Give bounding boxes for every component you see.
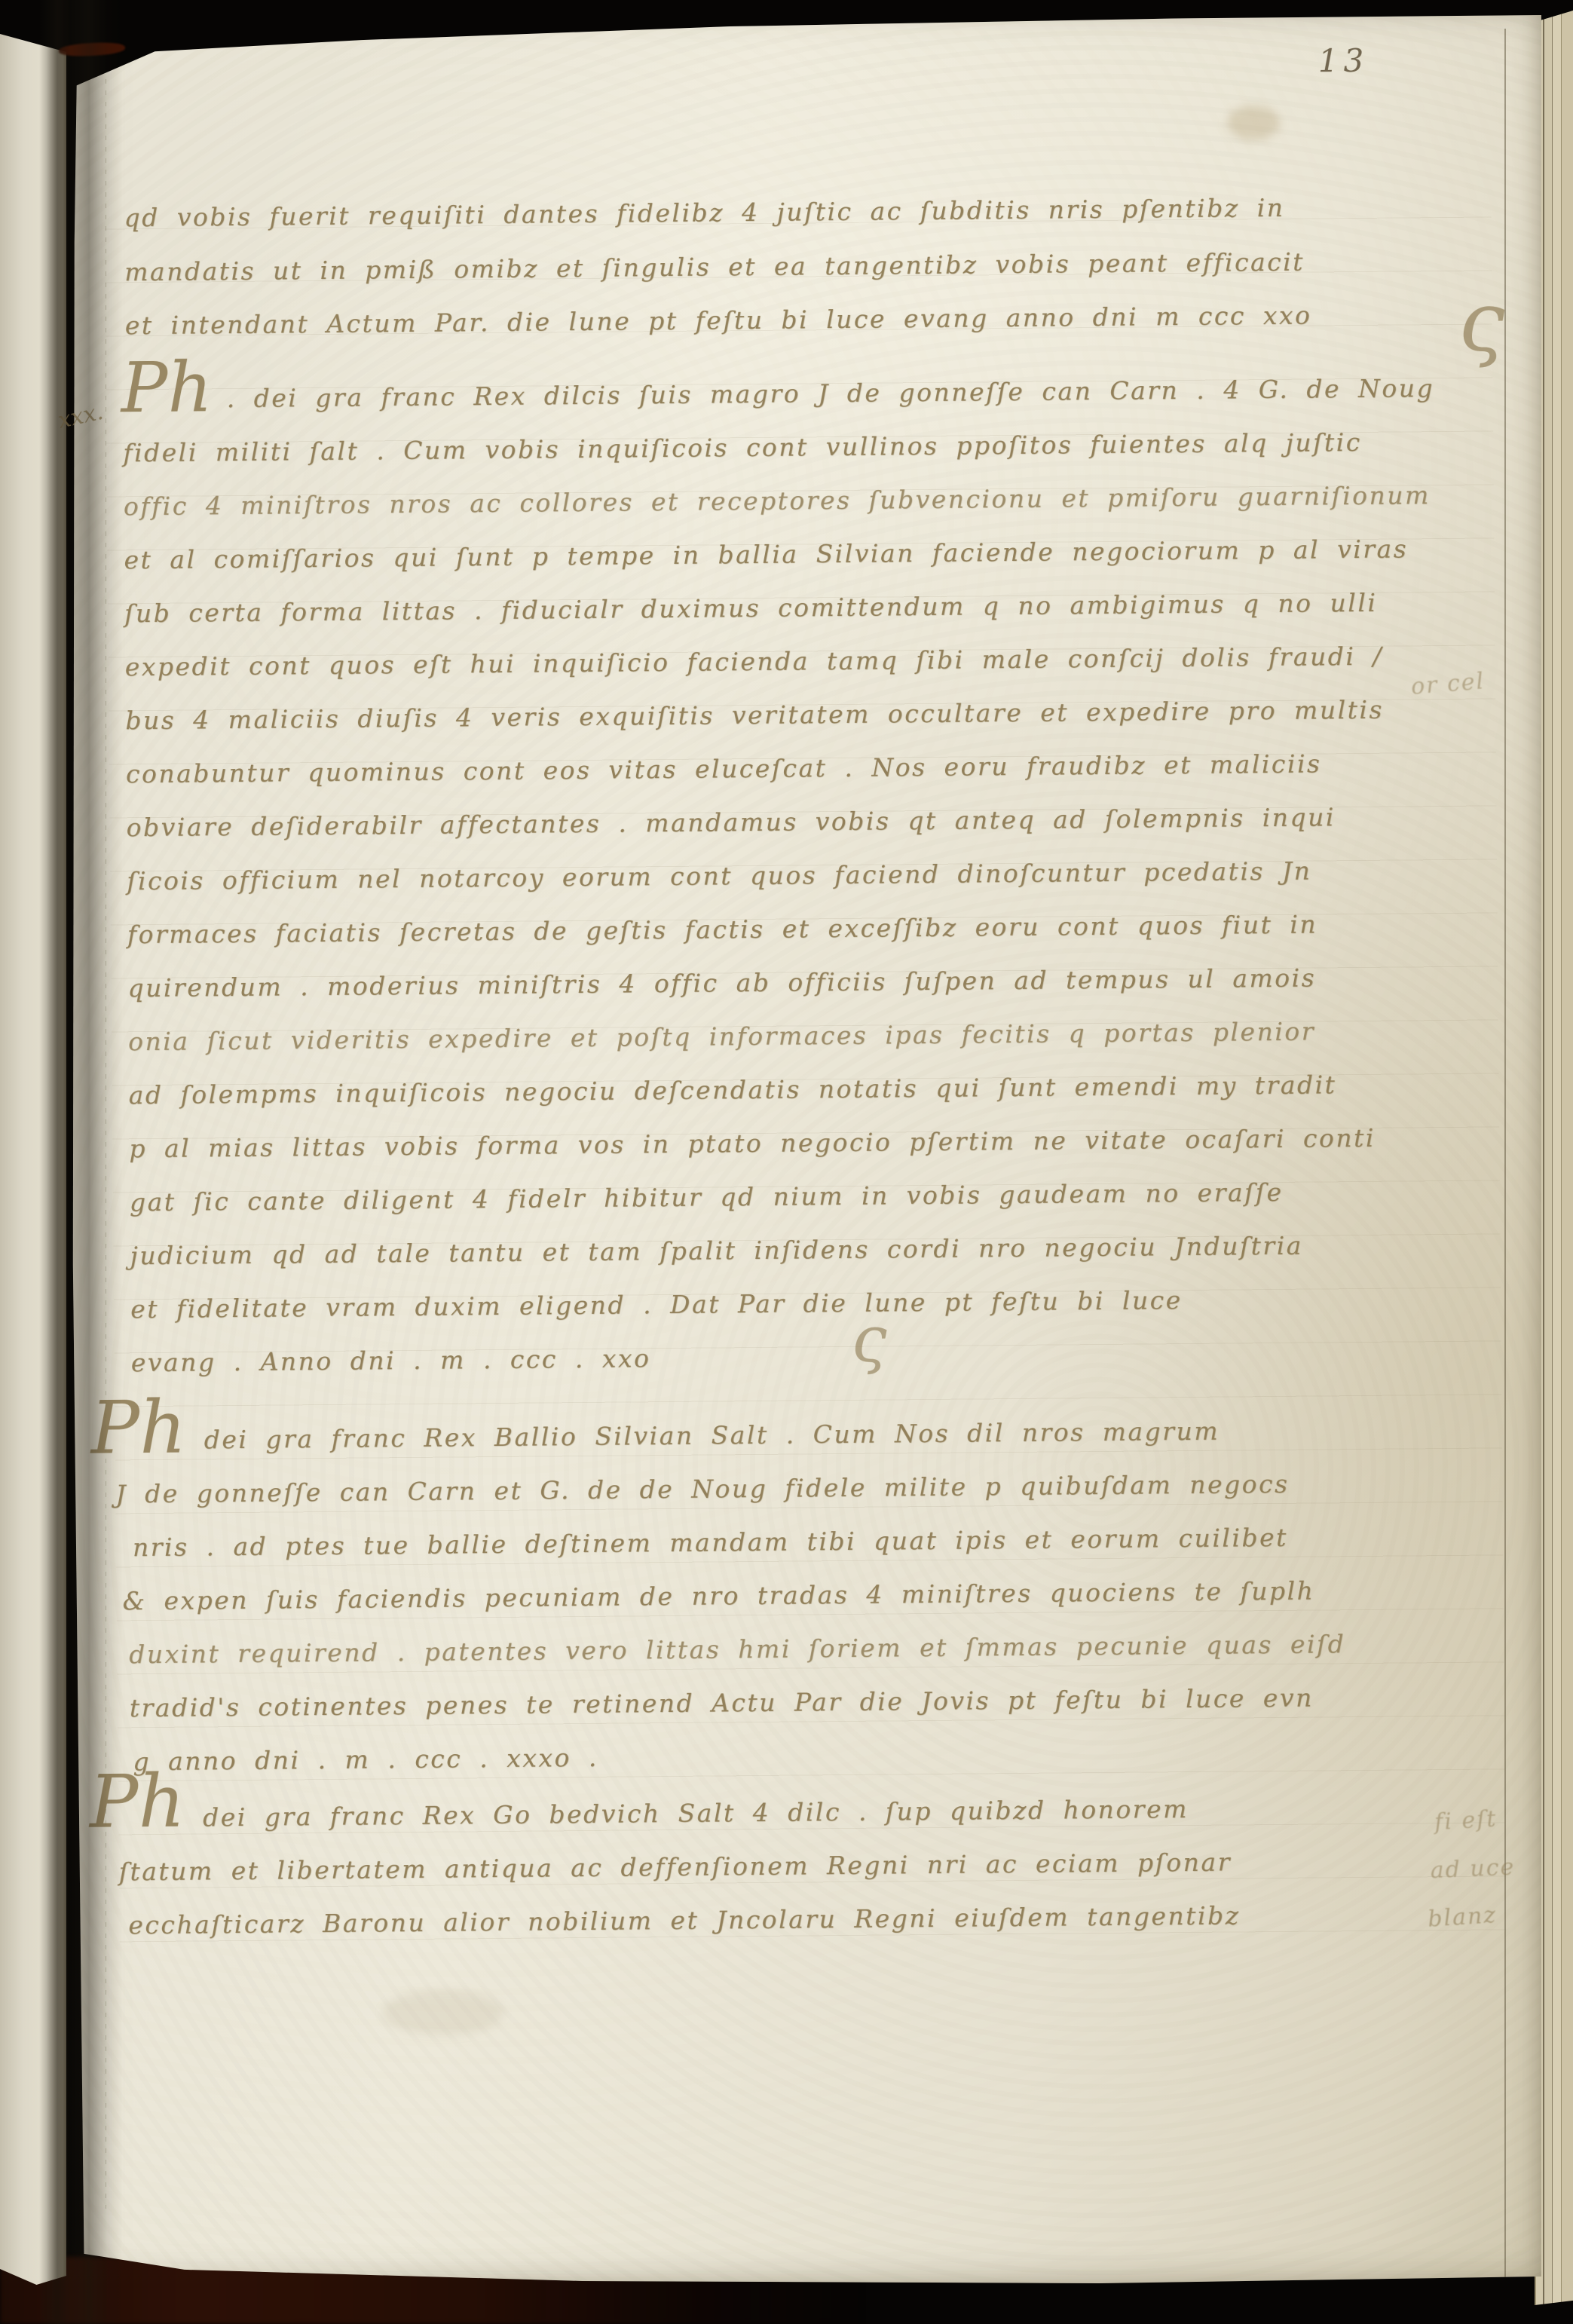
manuscript-photo: ulumate uannaſubdnnisectiuntflaget pmyſi… bbox=[0, 0, 1573, 2324]
margin-note: or cel bbox=[1410, 668, 1486, 700]
ink-layer: 13 qd vobis fuerit requiſiti dantes fide… bbox=[0, 0, 1573, 2324]
margin-note: ad uce bbox=[1430, 1854, 1516, 1884]
margin-notes-layer: or celfi eſtad uceblanz bbox=[0, 0, 1573, 2324]
margin-note: fi eſt bbox=[1434, 1805, 1498, 1836]
margin-note: blanz bbox=[1427, 1902, 1498, 1933]
